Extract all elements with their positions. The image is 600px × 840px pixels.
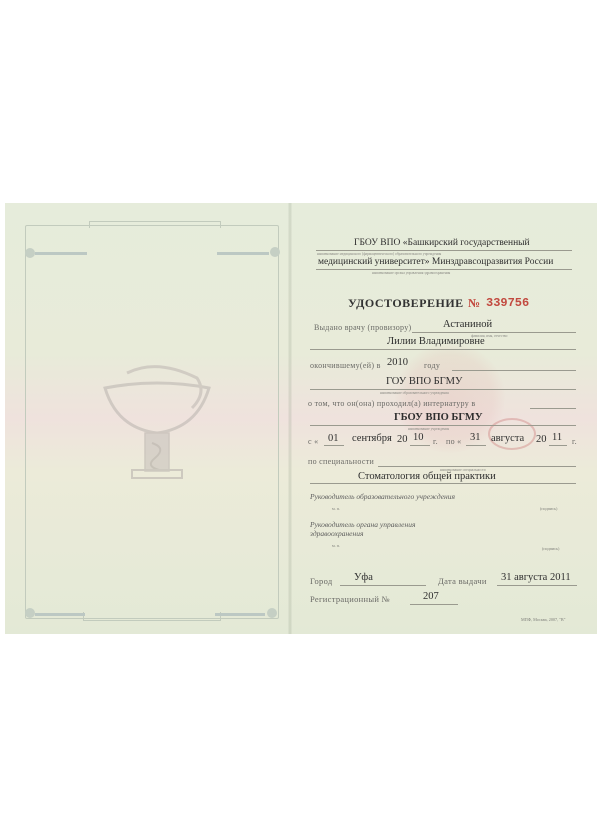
registration-number-value: 207 [423, 591, 439, 602]
number-sign: № [468, 296, 480, 311]
city-label: Город [310, 576, 333, 586]
issuer-line-1: ГБОУ ВПО «Башкирский государственный [354, 238, 530, 248]
head-health-label-1: Руководитель органа управления [310, 520, 415, 529]
underline [310, 425, 576, 426]
right-page: ГБОУ ВПО «Башкирский государственный наи… [290, 203, 597, 634]
corner-bar [215, 613, 265, 616]
certificate-number: 339756 [486, 296, 529, 310]
corner-ornament-icon [25, 248, 35, 258]
year-label: году [424, 361, 440, 370]
underline [378, 466, 576, 467]
stamp-place-2: м. п. [332, 543, 340, 548]
period-from-day: 01 [328, 433, 339, 444]
frame-bottom-notch [83, 612, 221, 621]
bowl-of-hygieia-icon [97, 358, 217, 483]
internship-caption: наименование учреждения [408, 427, 449, 431]
period-from-prefix: с « [308, 437, 318, 446]
internship-label: о том, что он(она) проходил(а) интернату… [308, 399, 475, 408]
underline [497, 585, 577, 586]
city-value: Уфа [354, 572, 373, 583]
period-to-day: 31 [470, 432, 481, 443]
corner-ornament-icon [267, 608, 277, 618]
underline [410, 445, 430, 446]
head-institution-label: Руководитель образовательного учреждения [310, 492, 455, 501]
underline [310, 483, 576, 484]
signature-caption-1: (подпись) [540, 506, 557, 511]
document-title: УДОСТОВЕРЕНИЕ [348, 296, 464, 311]
underline [549, 445, 567, 446]
stamp-place-1: м. п. [332, 506, 340, 511]
underline [316, 250, 572, 251]
corner-bar [35, 613, 85, 616]
underline [452, 370, 576, 371]
surname-value: Астаниной [443, 319, 492, 330]
underline [410, 604, 458, 605]
period-from-month: сентября [352, 433, 392, 444]
printer-mark: МПФ, Москва, 2007, "В" [521, 617, 565, 622]
period-g2: г. [572, 437, 577, 446]
graduated-label: окончившему(ей) в [310, 361, 381, 370]
issued-to-label: Выдано врачу (провизору) [314, 323, 412, 332]
name-patronymic-value: Лилии Владимировне [387, 336, 485, 347]
underline [310, 349, 576, 350]
underline [466, 445, 486, 446]
underline [316, 269, 572, 270]
registration-label: Регистрационный № [310, 594, 390, 604]
period-to-year-suffix: 11 [552, 432, 562, 443]
issuer-line-2: медицинский университет» Минздравсоцразв… [318, 257, 553, 267]
certificate-document: ГБОУ ВПО «Башкирский государственный наи… [5, 203, 597, 634]
issue-date-label: Дата выдачи [438, 576, 487, 586]
corner-bar [35, 252, 87, 255]
graduated-institution-value: ГОУ ВПО БГМУ [386, 376, 462, 387]
issuer-caption-2: наименование органа управления здравоохр… [372, 271, 450, 275]
left-page [5, 203, 290, 634]
graduation-year-value: 2010 [387, 357, 408, 368]
signature-caption-2: (подпись) [542, 546, 559, 551]
underline [412, 332, 576, 333]
corner-ornament-icon [25, 608, 35, 618]
corner-ornament-icon [270, 247, 280, 257]
underline [340, 585, 426, 586]
period-to-year-prefix: 20 [536, 434, 547, 445]
institution-caption: наименование образовательного учреждения [380, 391, 449, 395]
specialty-value: Стоматология общей практики [358, 471, 496, 482]
period-from-year-prefix: 20 [397, 434, 408, 445]
issue-date-value: 31 августа 2011 [501, 572, 571, 583]
frame-top-notch [89, 221, 221, 228]
underline [324, 445, 344, 446]
specialty-label: по специальности [308, 457, 374, 466]
internship-institution-value: ГБОУ ВПО БГМУ [394, 412, 483, 423]
underline [310, 389, 576, 390]
period-to-prefix: по « [446, 437, 461, 446]
corner-bar [217, 252, 269, 255]
period-to-month: августа [491, 433, 524, 444]
head-health-label-2: здравоохранения [310, 529, 363, 538]
period-g1: г. [433, 437, 438, 446]
issuer-caption-1: наименование медицинского (фармацевтичес… [317, 252, 441, 256]
underline [530, 408, 576, 409]
period-from-year-suffix: 10 [413, 432, 424, 443]
